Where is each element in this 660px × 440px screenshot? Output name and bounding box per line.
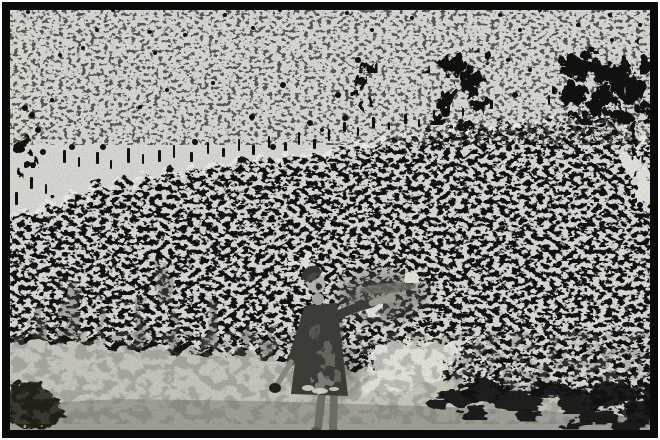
photo-area [4, 6, 658, 435]
photo-canvas [0, 0, 660, 440]
photograph [0, 0, 660, 440]
film-grain [10, 10, 650, 430]
